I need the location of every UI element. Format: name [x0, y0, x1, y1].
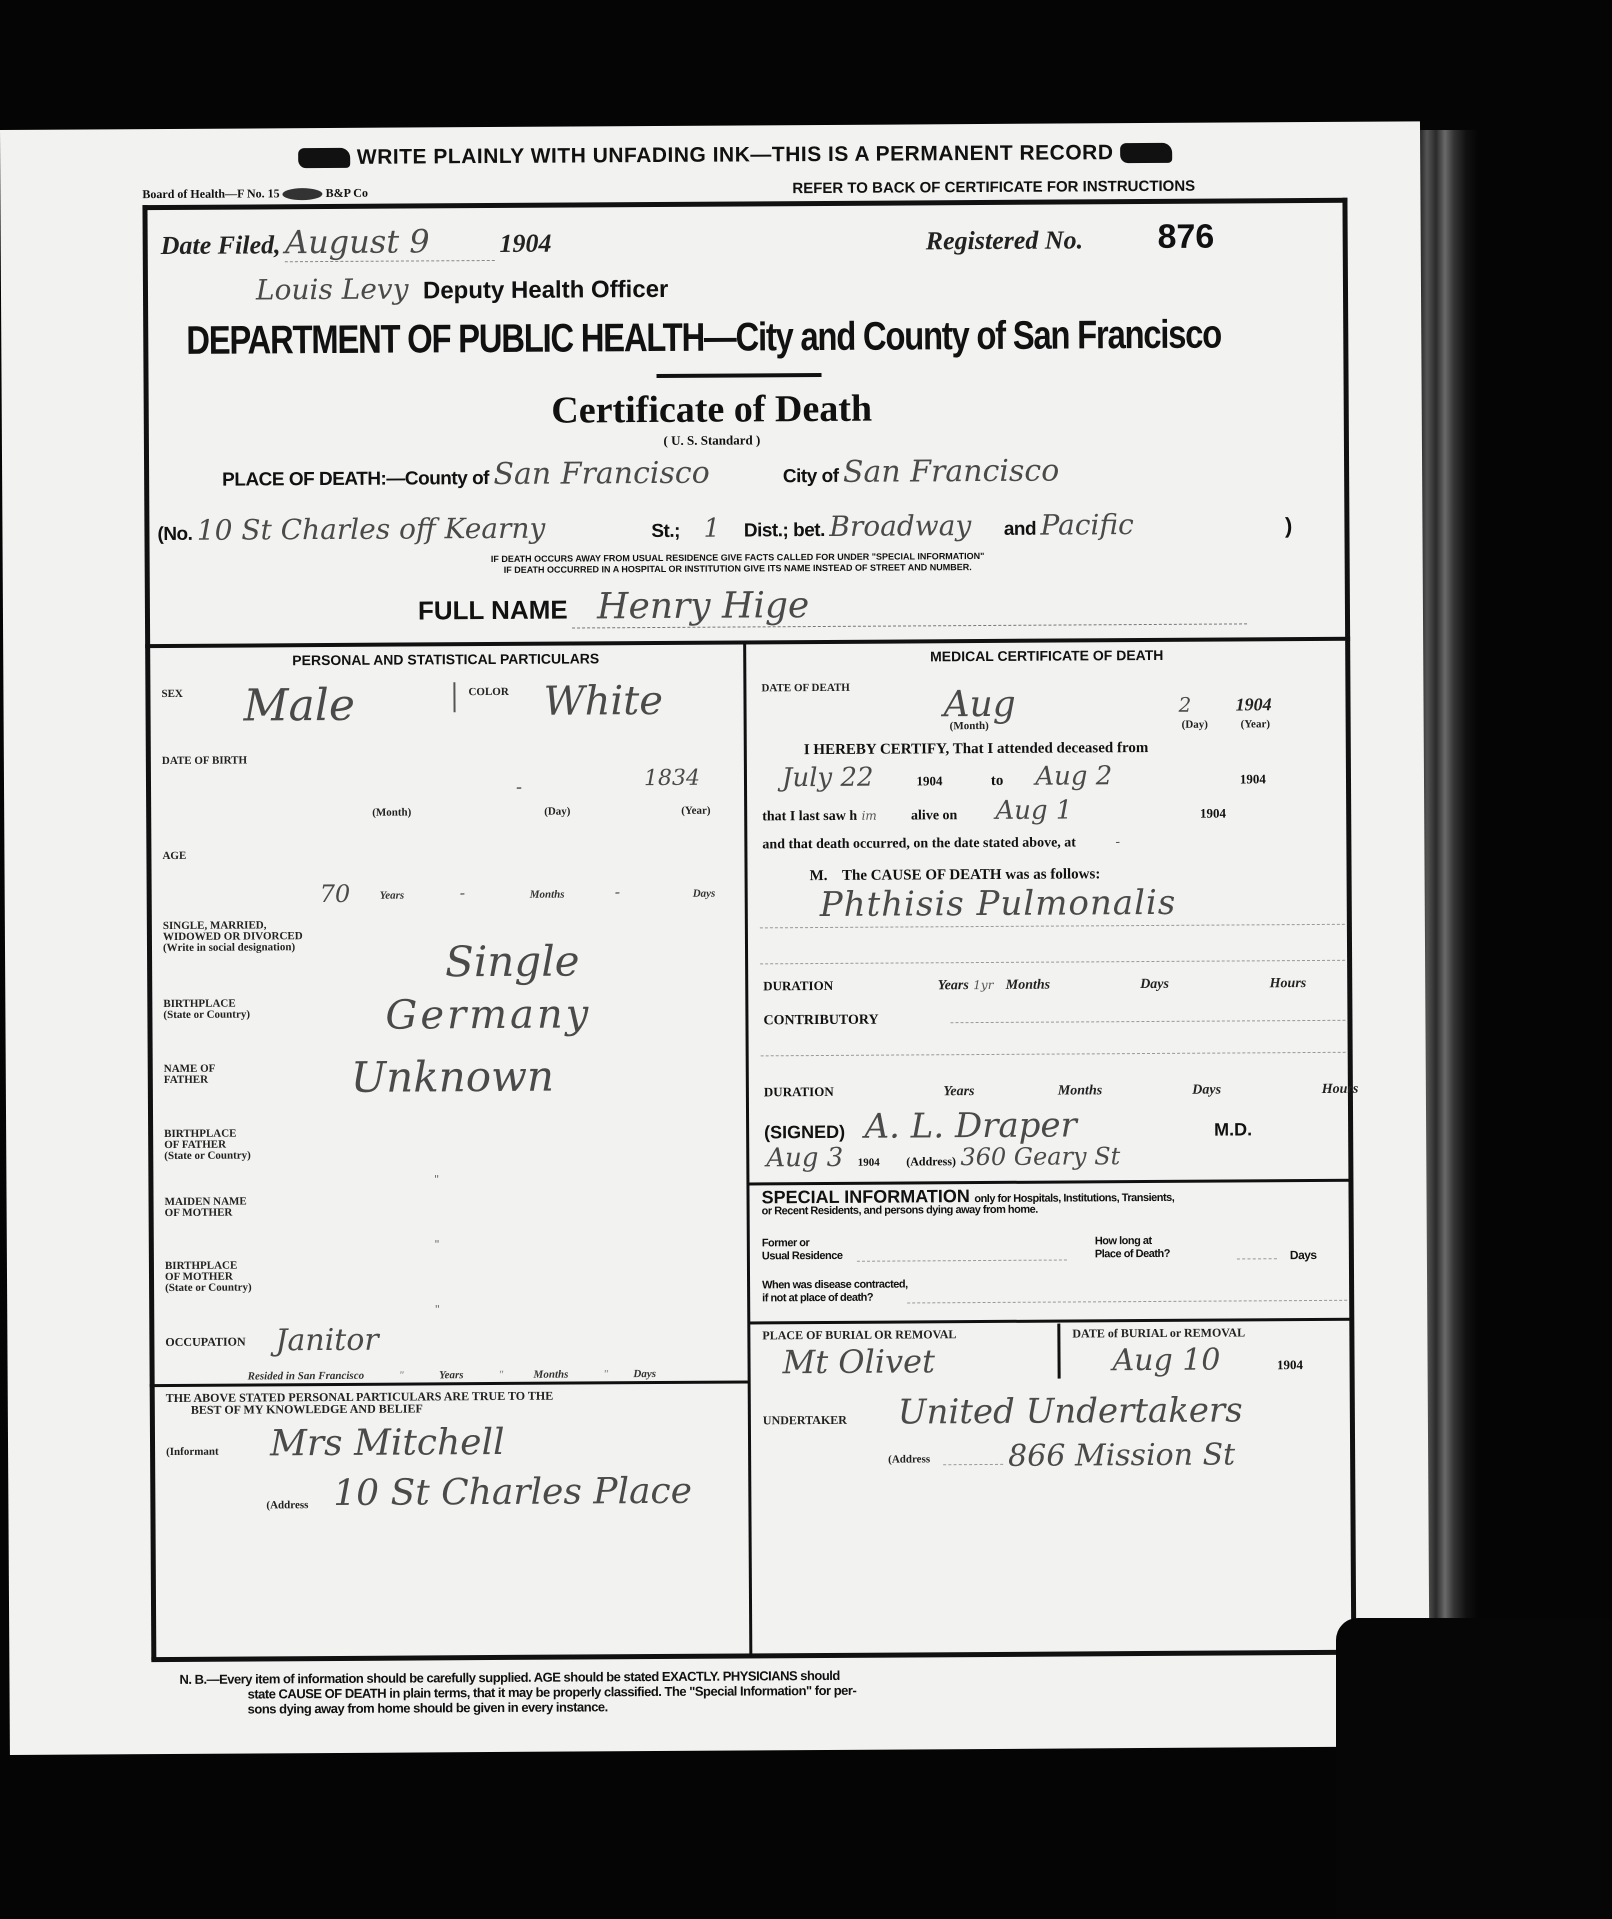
pointing-hand-left-icon: [1120, 143, 1172, 163]
attended-dates: July 22 1904 to Aug 2 1904: [762, 760, 1266, 793]
column-divider: [743, 640, 752, 1655]
place-note: IF DEATH OCCURS AWAY FROM USUAL RESIDENC…: [303, 550, 1173, 577]
date-filed-value: August 9: [285, 222, 495, 262]
health-officer: Louis Levy Deputy Health Officer: [256, 271, 669, 307]
age-years-value: 70: [320, 880, 351, 908]
attestation: THE ABOVE STATED PERSONAL PARTICULARS AR…: [166, 1390, 554, 1416]
burial-place-value: Mt Olivet: [782, 1342, 935, 1381]
registered-number: Registered No. 876: [926, 218, 1215, 259]
duration-contributory: DURATION Years Months Days Hours: [764, 1080, 1344, 1102]
department-title: DEPARTMENT OF PUBLIC HEALTH—City and Cou…: [186, 313, 1221, 364]
certify-text: I HEREBY CERTIFY, That I attended deceas…: [804, 740, 1149, 759]
county-value: San Francisco: [493, 455, 778, 492]
ward-value: 1: [684, 513, 739, 543]
occupation-value: Janitor: [275, 1323, 379, 1359]
death-month-value: Aug: [943, 684, 1015, 725]
undertaker-value: United Undertakers: [898, 1390, 1243, 1432]
birthplace-value: Germany: [385, 991, 591, 1038]
sex-value: Male: [243, 680, 355, 732]
medical-section-title: MEDICAL CERTIFICATE OF DEATH: [748, 646, 1345, 666]
street-value: 10 St Charles off Kearny: [197, 511, 647, 547]
instructions-note: REFER TO BACK OF CERTIFICATE FOR INSTRUC…: [792, 178, 1195, 197]
city-value: San Francisco: [843, 454, 1060, 490]
duration-primary: DURATION Years 1yr Months Days Hours: [763, 974, 1343, 996]
cause-intro: M. The CAUSE OF DEATH was as follows:: [810, 865, 1101, 885]
footer-note: N. B.—Every item of information should b…: [179, 1668, 856, 1717]
color-value: White: [543, 678, 663, 725]
pointing-hand-right-icon: [298, 148, 350, 168]
undertaker-address-value: 866 Mission St: [1008, 1437, 1235, 1473]
place-of-death: PLACE OF DEATH:—County of San Francisco …: [222, 454, 1059, 494]
date-filed: Date Filed, August 9 1904: [161, 222, 552, 263]
full-name: FULL NAME Henry Hige: [418, 582, 1247, 629]
scan-shadow: [1336, 1618, 1612, 1919]
death-certificate-page: WRITE PLAINLY WITH UNFADING INK—THIS IS …: [0, 121, 1430, 1755]
between-street-2: Pacific: [1040, 507, 1280, 541]
personal-section-title: PERSONAL AND STATISTICAL PARTICULARS: [148, 649, 743, 669]
death-time: and that death occurred, on the date sta…: [762, 833, 1120, 853]
full-name-value: Henry Hige: [572, 582, 1247, 628]
physician-address: Aug 3 1904 (Address) 360 Geary St: [766, 1141, 1120, 1173]
informant-value: Mrs Mitchell: [270, 1422, 505, 1464]
banner: WRITE PLAINLY WITH UNFADING INK—THIS IS …: [205, 140, 1265, 170]
registered-number-value: 876: [1157, 218, 1214, 256]
death-day-value: 2: [1178, 693, 1191, 717]
marital-status-value: Single: [445, 936, 580, 986]
contributory-label: CONTRIBUTORY: [763, 1013, 878, 1030]
burial-date: Aug 10 1904: [1087, 1342, 1303, 1378]
father-name-value: Unknown: [351, 1052, 555, 1102]
cause-of-death-value: Phthisis Pulmonalis: [820, 883, 1177, 925]
last-saw-alive: that I last saw h im alive on Aug 1 1904: [762, 795, 1226, 828]
dob-year-value: 1834: [644, 766, 700, 791]
union-label-icon: [283, 188, 323, 200]
informant-address-value: 10 St Charles Place: [333, 1471, 692, 1514]
form-number: Board of Health—F No. 15 B&P Co: [142, 186, 368, 202]
certificate-title: Certificate of Death: [2, 383, 1422, 436]
street-address: (No. 10 St Charles off Kearny St.; 1 Dis…: [157, 507, 1292, 547]
officer-signature: Louis Levy: [256, 273, 409, 307]
between-street-1: Broadway: [829, 509, 999, 543]
